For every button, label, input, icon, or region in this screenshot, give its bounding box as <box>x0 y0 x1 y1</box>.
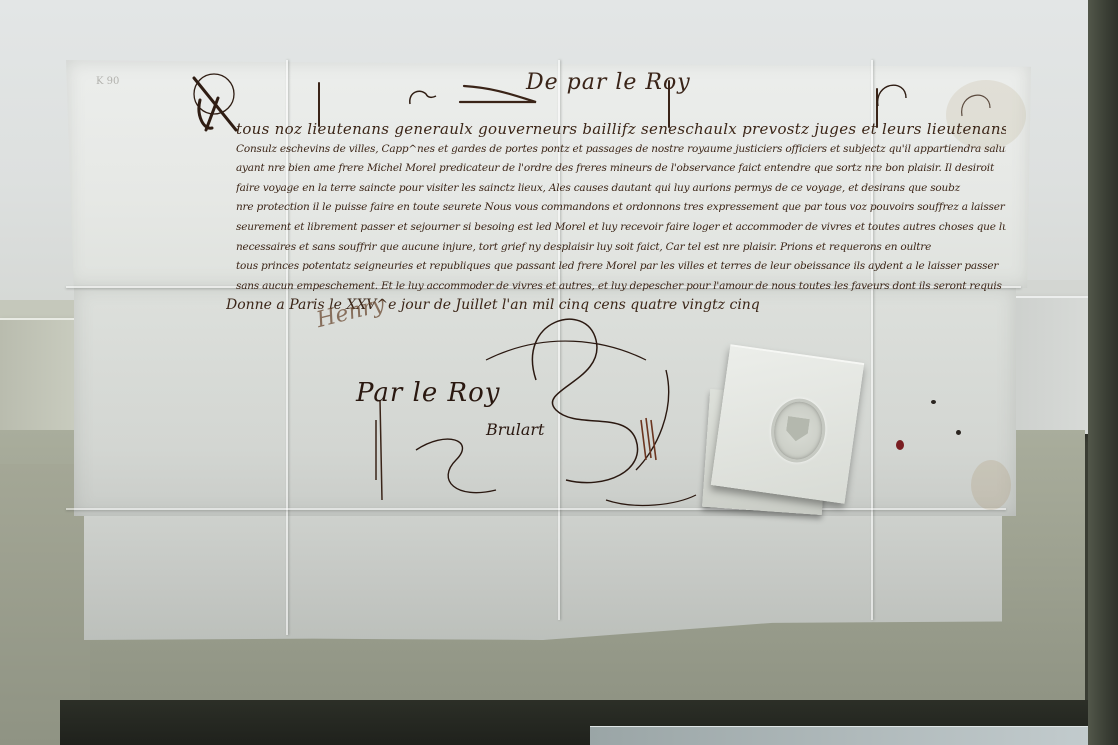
flourish-icon <box>956 88 996 118</box>
letter-heading: De par le Roy <box>526 70 691 95</box>
signature-flourish-icon <box>306 300 726 520</box>
ink-spot <box>931 400 936 404</box>
body-line: necessaires et sans souffrir que aucune … <box>236 238 1006 258</box>
adjacent-document-edge <box>590 726 1100 745</box>
parchment-letter: K 90 De par le Roy tous noz lieutenans g… <box>66 60 1031 640</box>
signature-block: Henry Par le Roy Brulart <box>306 300 726 520</box>
wax-stain <box>896 440 904 450</box>
flourish-icon <box>406 86 446 110</box>
coat-of-arms-icon <box>785 416 810 443</box>
royal-signature: Par le Roy <box>356 378 500 408</box>
seal-paper-front <box>711 344 864 503</box>
age-stain <box>971 460 1011 510</box>
initial-letter-icon <box>184 70 244 136</box>
case-frame <box>1088 0 1118 745</box>
body-line: seurement et librement passer et sejourn… <box>236 218 1006 238</box>
body-line: nre protection il le puisse faire en tou… <box>236 198 1006 218</box>
ink-spot <box>956 430 961 435</box>
archive-mark: K 90 <box>96 76 119 87</box>
body-line: ayant nre bien ame frere Michel Morel pr… <box>236 159 1006 179</box>
lower-fold-panel <box>84 508 1002 640</box>
body-line: tous noz lieutenans generaulx gouverneur… <box>236 120 1006 140</box>
secretary-countersignature: Brulart <box>486 420 544 439</box>
body-line: Consulz eschevins de villes, Capp^nes et… <box>236 140 1006 160</box>
body-line: sans aucun empeschement. Et le luy accom… <box>236 277 1006 297</box>
flourish-icon <box>872 78 912 108</box>
seal-impression <box>767 395 829 466</box>
body-line: tous princes potentatz seigneuries et re… <box>236 257 1006 277</box>
body-line: faire voyage en la terre saincte pour vi… <box>236 179 1006 199</box>
letter-body: tous noz lieutenans generaulx gouverneur… <box>236 120 1006 316</box>
photo-scene: K 90 De par le Roy tous noz lieutenans g… <box>0 0 1118 745</box>
paper-seal <box>706 353 866 518</box>
